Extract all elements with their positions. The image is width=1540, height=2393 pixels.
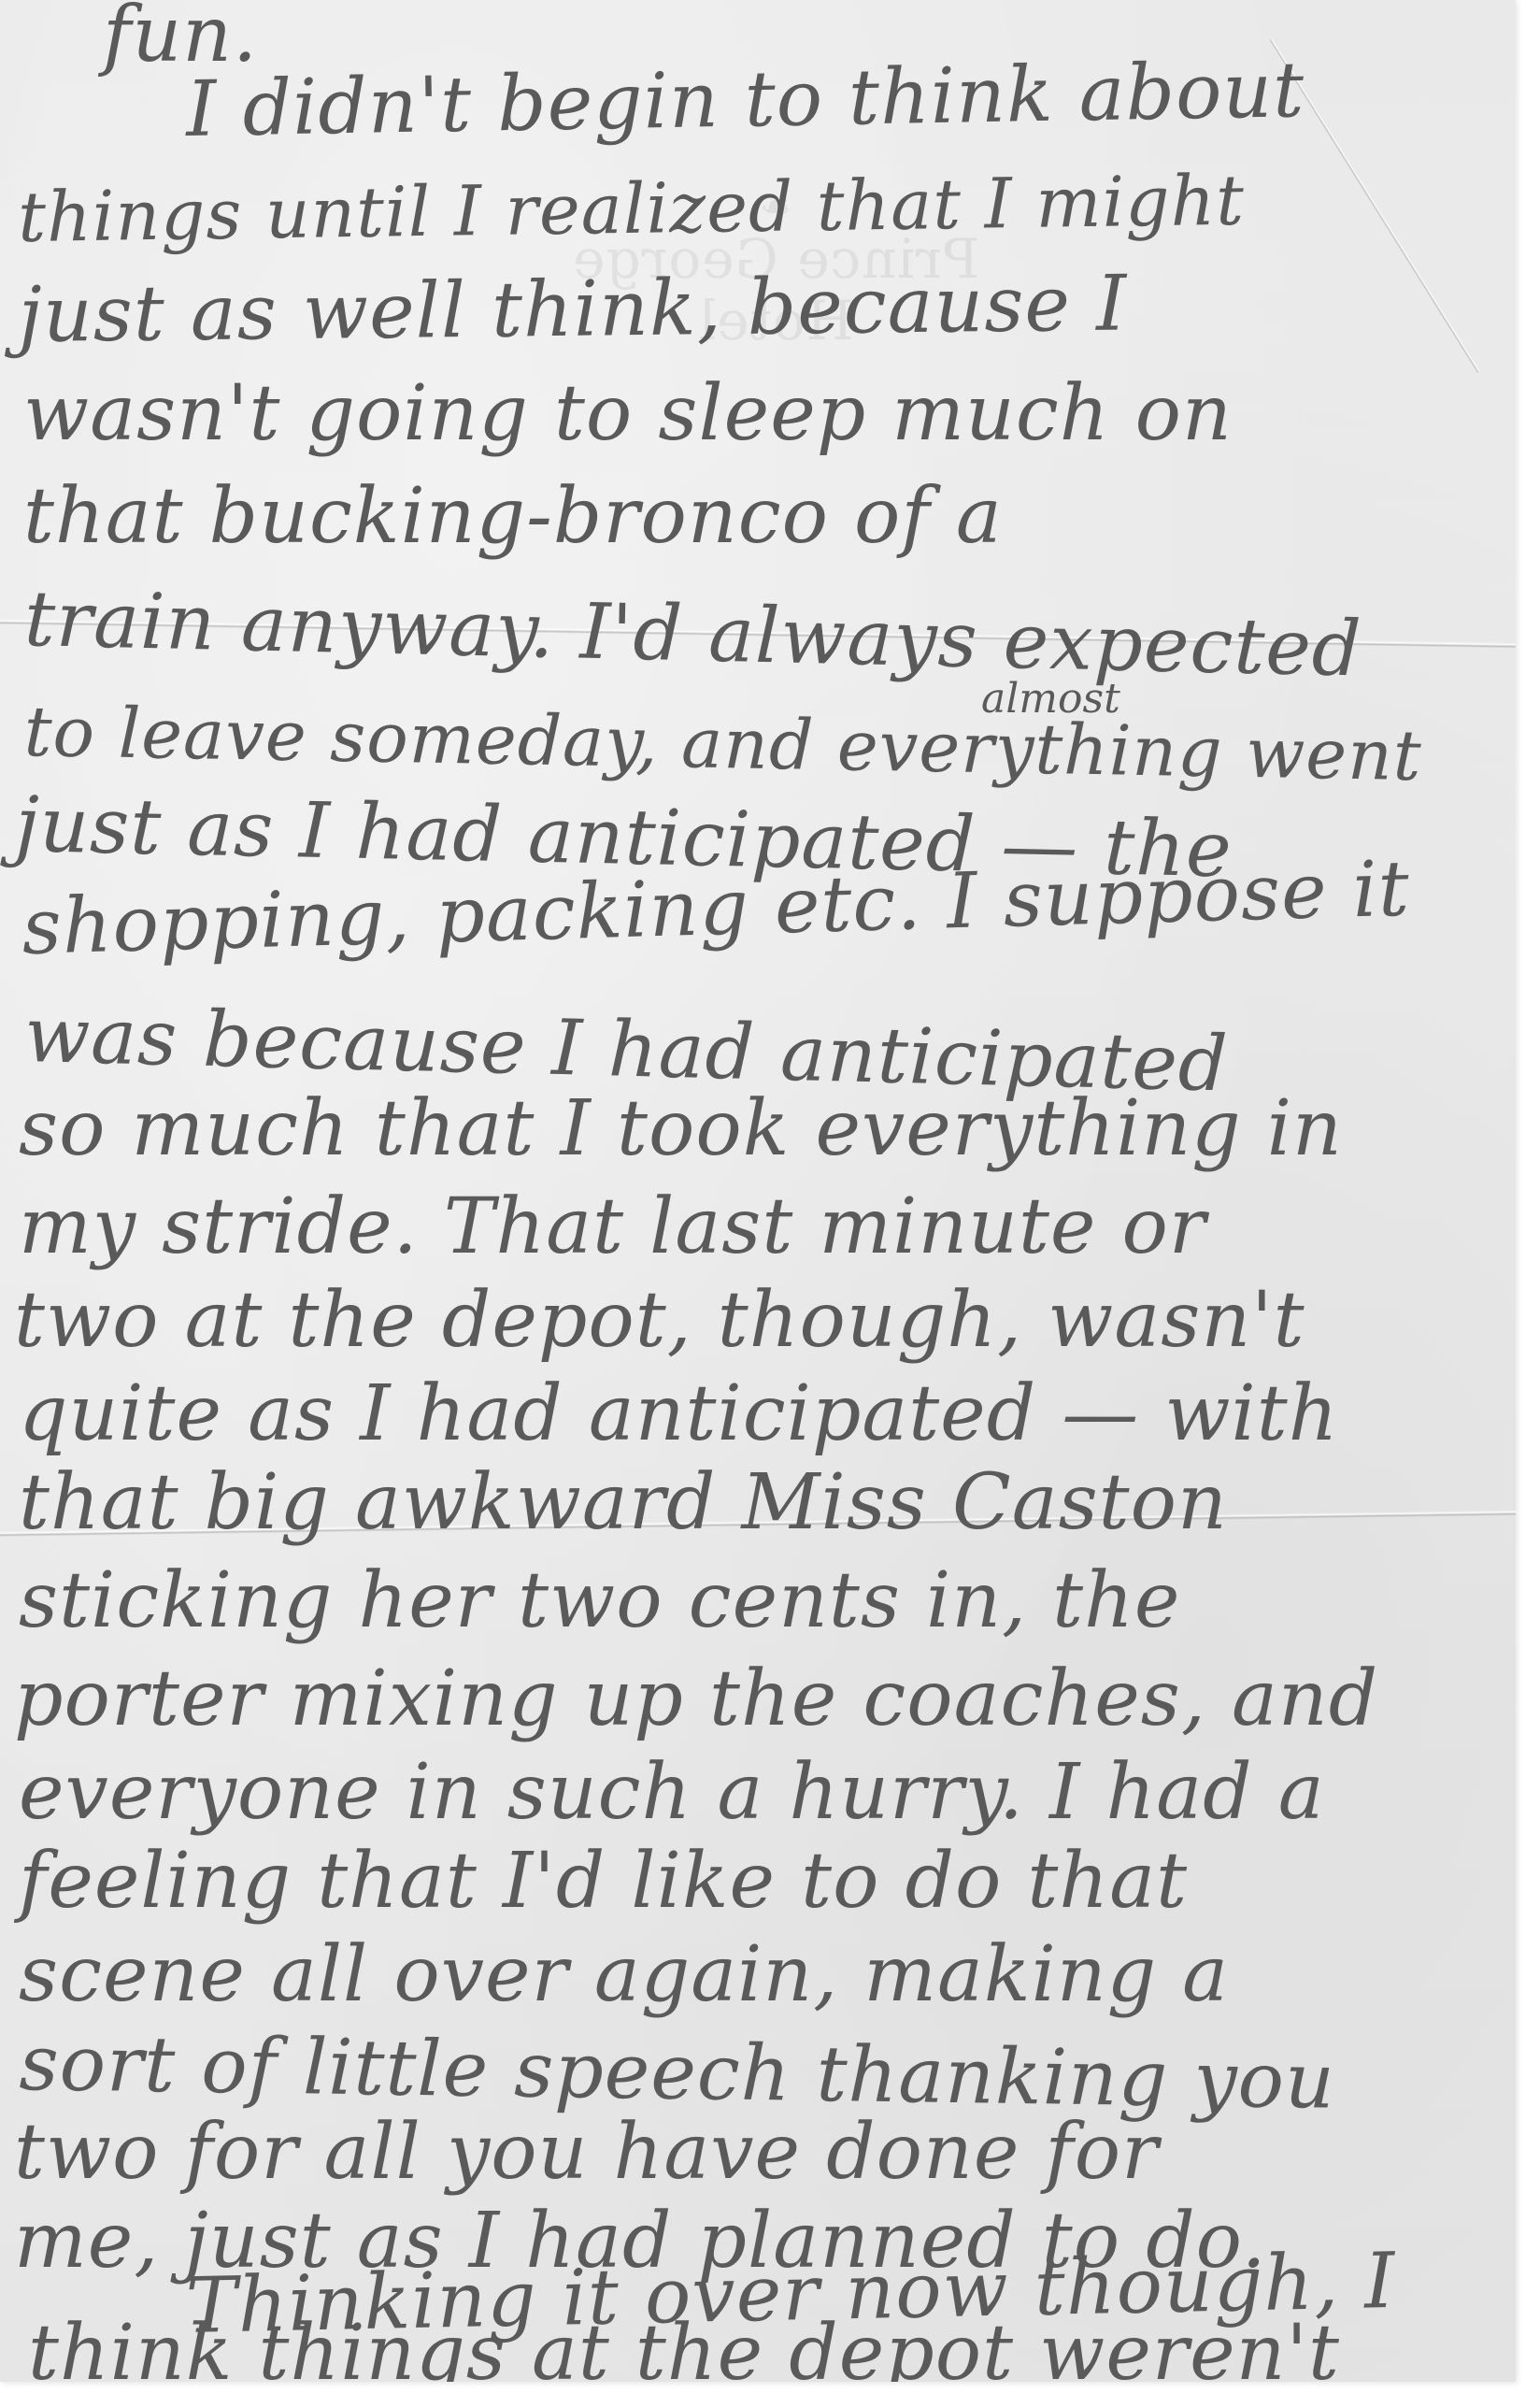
text-line: I didn't begin to think about	[185, 46, 1305, 155]
text-line: wasn't going to sleep much on	[23, 369, 1233, 459]
text-line: that big awkward Miss Caston	[19, 1458, 1228, 1548]
text-line: feeling that I'd like to do that	[19, 1837, 1188, 1927]
text-line: two for all you have done for	[14, 2108, 1159, 2198]
text-line: sticking her two cents in, the	[19, 1556, 1180, 1646]
text-line: scene all over again, making a	[19, 1930, 1229, 2020]
text-line: everyone in such a hurry. I had a	[19, 1748, 1325, 1838]
text-line: porter mixing up the coaches, and	[14, 1655, 1378, 1744]
letter-page: ❧ Prince George Hotel fun. I didn't begi…	[0, 0, 1516, 2382]
handwritten-text: fun. I didn't begin to think about thing…	[0, 0, 1516, 2382]
text-line: just as well think, because I	[18, 260, 1128, 361]
text-line: so much that I took everything in	[19, 1084, 1343, 1174]
text-line: quite as I had anticipated — with	[19, 1369, 1339, 1459]
text-line: to leave someday, and everything went	[23, 687, 1422, 801]
text-line: things until I realized that I might	[18, 156, 1246, 263]
text-line: my stride. That last minute or	[19, 1182, 1206, 1272]
text-line: two at the depot, though, wasn't	[14, 1276, 1305, 1366]
text-line: train anyway. I'd always expected	[23, 575, 1362, 695]
text-line: that bucking-bronco of a	[23, 472, 1003, 562]
text-line: think things at the depot weren't	[28, 2309, 1340, 2382]
